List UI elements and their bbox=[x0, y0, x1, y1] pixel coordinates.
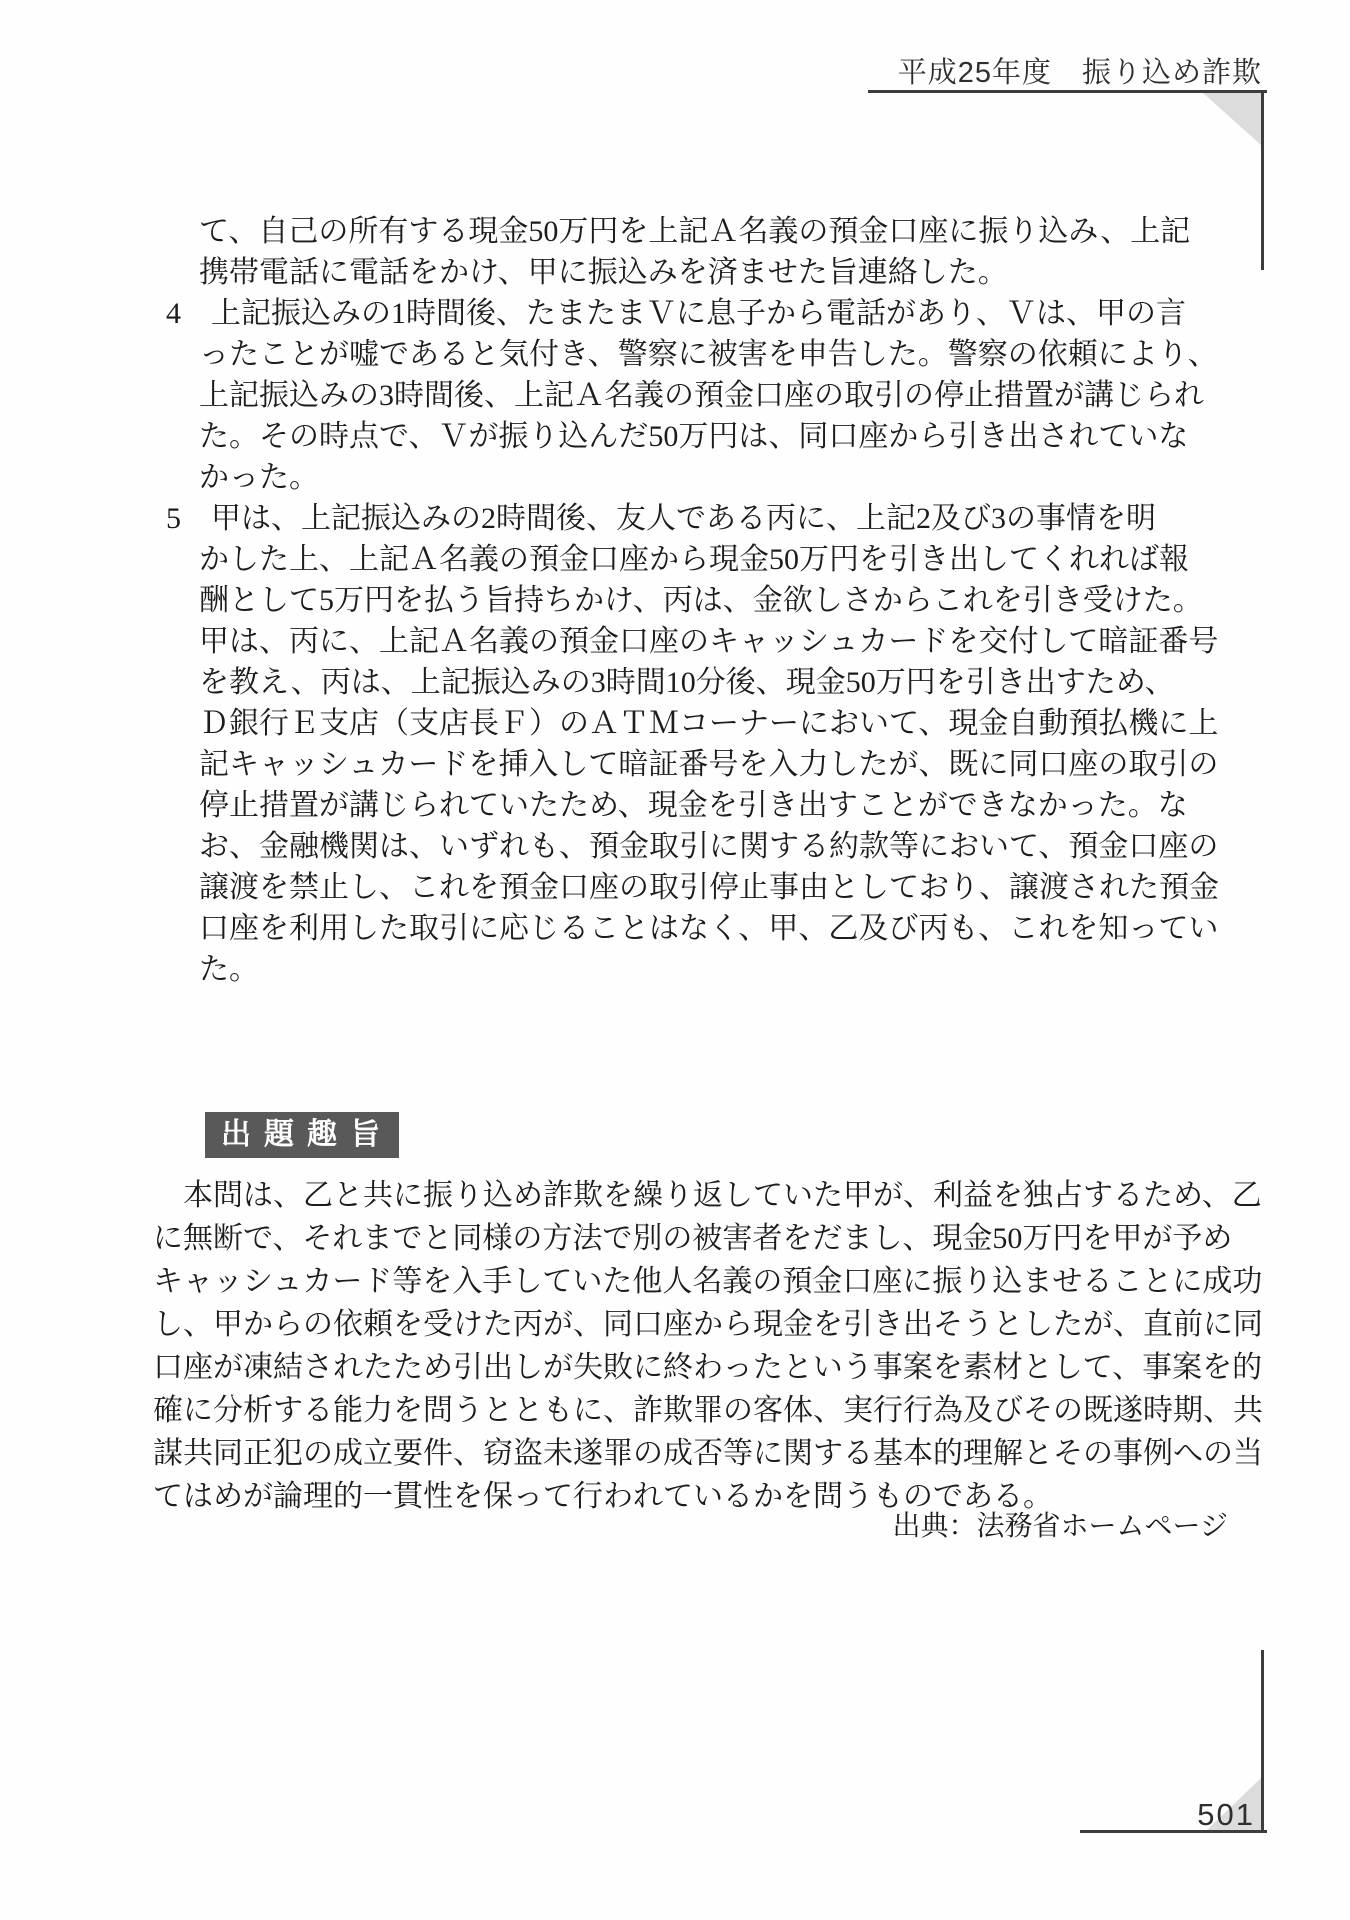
header-rule-vertical bbox=[1261, 90, 1264, 270]
problem-text-line: 口座を利用した取引に応じることはなく、甲、乙及び丙も、これを知ってい bbox=[166, 908, 1146, 949]
problem-text-line: 譲渡を禁止し、これを預金口座の取引停止事由としており、譲渡された預金 bbox=[166, 867, 1146, 908]
problem-text-line: 携帯電話に電話をかけ、甲に振込みを済ませた旨連絡した。 bbox=[166, 252, 1146, 293]
purpose-text-line: 本問は、乙と共に振り込め詐欺を繰り返していた甲が、利益を独占するため、乙 bbox=[153, 1174, 1253, 1217]
problem-text-line-item-4: 4 上記振込みの1時間後、たまたまＶに息子から電話があり、Ｖは、甲の言 bbox=[166, 293, 1146, 334]
problem-statement: て、自己の所有する現金50万円を上記Ａ名義の預金口座に振り込み、上記 携帯電話に… bbox=[166, 211, 1146, 990]
purpose-paragraph: 本問は、乙と共に振り込め詐欺を繰り返していた甲が、利益を独占するため、乙 に無断… bbox=[153, 1174, 1253, 1518]
problem-text-line: 停止措置が講じられていたため、現金を引き出すことができなかった。な bbox=[166, 785, 1146, 826]
problem-text-line: 甲は、丙に、上記Ａ名義の預金口座のキャッシュカードを交付して暗証番号 bbox=[166, 621, 1146, 662]
problem-text-line: 記キャッシュカードを挿入して暗証番号を入力したが、既に同口座の取引の bbox=[166, 744, 1146, 785]
page-header-title: 平成25年度 振り込め詐欺 bbox=[898, 50, 1262, 91]
problem-text-line: ったことが嘘であると気付き、警察に被害を申告した。警察の依頼により、 bbox=[166, 334, 1146, 375]
footer-rule-vertical bbox=[1261, 1650, 1264, 1833]
problem-text-line: て、自己の所有する現金50万円を上記Ａ名義の預金口座に振り込み、上記 bbox=[166, 211, 1146, 252]
page-number: 501 bbox=[1197, 1797, 1255, 1833]
source-attribution: 出典：法務省ホームページ bbox=[893, 1504, 1228, 1544]
problem-text-line: た。 bbox=[166, 949, 1146, 990]
purpose-text-line: 謀共同正犯の成立要件、窃盗未遂罪の成否等に関する基本的理解とその事例への当 bbox=[153, 1432, 1253, 1475]
problem-text-line: 上記振込みの3時間後、上記Ａ名義の預金口座の取引の停止措置が講じられ bbox=[166, 375, 1146, 416]
problem-text-line: を教え、丙は、上記振込みの3時間10分後、現金50万円を引き出すため、 bbox=[166, 662, 1146, 703]
book-page: 平成25年度 振り込め詐欺 て、自己の所有する現金50万円を上記Ａ名義の預金口座… bbox=[0, 0, 1350, 1920]
problem-text-line: Ｄ銀行Ｅ支店（支店長Ｆ）のＡＴＭコーナーにおいて、現金自動預払機に上 bbox=[166, 703, 1146, 744]
purpose-text-line: し、甲からの依頼を受けた丙が、同口座から現金を引き出そうとしたが、直前に同 bbox=[153, 1303, 1253, 1346]
problem-text-line-item-5: 5 甲は、上記振込みの2時間後、友人である丙に、上記2及び3の事情を明 bbox=[166, 498, 1146, 539]
purpose-text-line: 確に分析する能力を問うとともに、詐欺罪の客体、実行行為及びその既遂時期、共 bbox=[153, 1389, 1253, 1432]
problem-text-line: かった。 bbox=[166, 457, 1146, 498]
section-heading-purpose: 出題趣旨 bbox=[205, 1112, 399, 1158]
purpose-text-line: に無断で、それまでと同様の方法で別の被害者をだまし、現金50万円を甲が予め bbox=[153, 1217, 1253, 1260]
problem-text-line: 酬として5万円を払う旨持ちかけ、丙は、金欲しさからこれを引き受けた。 bbox=[166, 580, 1146, 621]
problem-text-line: た。その時点で、Ｖが振り込んだ50万円は、同口座から引き出されていな bbox=[166, 416, 1146, 457]
purpose-text-line: 口座が凍結されたため引出しが失敗に終わったという事案を素材として、事案を的 bbox=[153, 1346, 1253, 1389]
problem-text-line: お、金融機関は、いずれも、預金取引に関する約款等において、預金口座の bbox=[166, 826, 1146, 867]
problem-text-line: かした上、上記Ａ名義の預金口座から現金50万円を引き出してくれれば報 bbox=[166, 539, 1146, 580]
page-corner-triangle-top-icon bbox=[1203, 93, 1261, 145]
purpose-text-line: キャッシュカード等を入手していた他人名義の預金口座に振り込ませることに成功 bbox=[153, 1260, 1253, 1303]
